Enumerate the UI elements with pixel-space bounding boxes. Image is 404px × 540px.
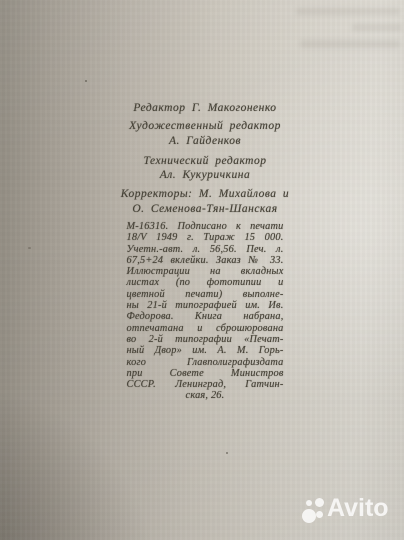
imprint-line: Иллюстрации на вкладных	[127, 266, 284, 277]
avito-logo-icon	[299, 495, 327, 523]
imprint-line: 67,5+24 вклейки. Заказ № 33.	[127, 255, 284, 266]
imprint-line: листах (по фототипии и	[127, 277, 284, 288]
avito-dot-icon	[306, 500, 312, 506]
avito-watermark: Avito	[299, 495, 399, 529]
credit-line-editor: Редактор Г. Макогоненко	[119, 101, 291, 115]
credit-line-proofreaders-2: О. Семенова-Тян-Шанская	[119, 202, 291, 216]
imprint-line: во 2-й типографии «Печат-	[127, 334, 284, 345]
credit-line-art-editor-name: А. Гайденков	[119, 134, 291, 148]
dust-speck	[28, 247, 31, 249]
avito-dot-icon	[316, 511, 323, 518]
imprint-line: кого Главполиграфиздата	[127, 357, 284, 368]
dust-speck	[226, 452, 228, 454]
credit-line-tech-editor-title: Технический редактор	[119, 154, 291, 168]
credit-line-art-editor-title: Художественный редактор	[119, 119, 291, 133]
imprint-paragraph: М-16316. Подписано к печати 18/V 1949 г.…	[127, 221, 284, 402]
avito-dot-icon	[302, 509, 316, 523]
avito-dot-icon	[315, 498, 324, 507]
imprint-line: при Совете Министров	[127, 368, 284, 379]
imprint-line: отпечатана и сброшюрована	[127, 323, 284, 334]
imprint-line: цветной печати) выполне-	[127, 289, 284, 300]
imprint-line: М-16316. Подписано к печати	[127, 221, 284, 232]
avito-wordmark: Avito	[327, 494, 389, 523]
imprint-line: Учетн.-авт. л. 56,56. Печ. л.	[127, 244, 284, 255]
imprint-line: СССР. Ленинград, Гатчин-	[127, 379, 284, 390]
colophon-block: Редактор Г. Макогоненко Художественный р…	[119, 101, 291, 402]
imprint-line: ская, 26.	[127, 390, 284, 401]
imprint-line: ный Двор» им. А. М. Горь-	[127, 345, 284, 356]
book-colophon-photo: Редактор Г. Макогоненко Художественный р…	[0, 0, 404, 540]
credits-block: Редактор Г. Макогоненко Художественный р…	[119, 101, 291, 216]
imprint-line: ны 21-й типографией им. Ив.	[127, 300, 284, 311]
dust-speck	[85, 80, 87, 82]
credit-line-proofreaders-1: Корректоры: М. Михайлова и	[119, 187, 291, 201]
credit-line-tech-editor-name: Ал. Кукуричкина	[119, 168, 291, 182]
imprint-line: Федорова. Книга набрана,	[127, 311, 284, 322]
imprint-line: 18/V 1949 г. Тираж 15 000.	[127, 232, 284, 243]
